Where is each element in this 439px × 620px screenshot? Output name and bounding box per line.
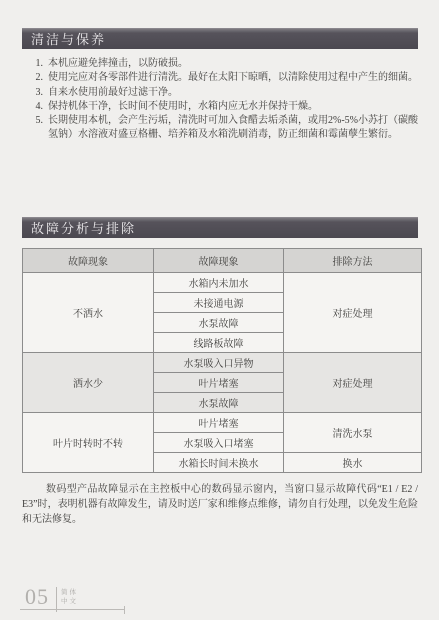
remedy-cell: 对症处理 [284,352,422,412]
list-item-number: 3. [29,86,43,100]
fault-cause-cell: 水泵故障 [154,312,284,332]
column-header-phenomenon: 故障现象 [23,248,154,272]
remedy-cell: 清洗水泵 [284,412,422,452]
cleaning-instructions-list: 1. 本机应避免摔撞击，以防破损。 2. 使用完应对各零部件进行清洗。最好在太阳… [22,57,418,143]
fault-phenomenon-cell: 洒水少 [23,352,154,412]
list-item-text: 本机应避免摔撞击，以防破损。 [48,57,418,71]
fault-cause-cell: 水泵吸入口堵塞 [154,432,284,452]
language-label-bottom: 中文 [61,598,78,605]
table-row: 不洒水 水箱内未加水 对症处理 [23,272,422,292]
language-label-top: 简体 [61,589,78,596]
fault-phenomenon-cell: 不洒水 [23,272,154,352]
fault-cause-cell: 叶片堵塞 [154,372,284,392]
list-item-text: 自来水使用前最好过滤干净。 [48,86,418,100]
fault-cause-cell: 水箱长时间未换水 [154,452,284,472]
fault-code-note: 数码型产品故障显示在主控板中心的数码显示窗内，当窗口显示故障代码“E1 / E2… [22,482,418,527]
list-item: 3. 自来水使用前最好过滤干净。 [29,86,418,100]
list-item: 5. 长期使用本机，会产生污垢，清洗时可加入食醋去垢杀菌，或用2%-5%小苏打（… [29,114,418,143]
fault-cause-cell: 水泵故障 [154,392,284,412]
list-item-number: 5. [29,114,43,143]
column-header-remedy: 排除方法 [284,248,422,272]
footer-rule-tick [124,606,125,614]
language-label: 简体 中文 [61,589,78,606]
footer-rule [20,609,125,610]
fault-table: 故障现象 故障现象 排除方法 不洒水 水箱内未加水 对症处理 未接通电源 水泵故… [22,248,422,473]
fault-cause-cell: 叶片堵塞 [154,412,284,432]
column-header-cause: 故障现象 [154,248,284,272]
section-title-cleaning: 清洁与保养 [22,28,418,49]
list-item: 1. 本机应避免摔撞击，以防破损。 [29,57,418,71]
fault-cause-cell: 水箱内未加水 [154,272,284,292]
fault-cause-cell: 未接通电源 [154,292,284,312]
manual-page: 清洁与保养 1. 本机应避免摔撞击，以防破损。 2. 使用完应对各零部件进行清洗… [0,0,439,620]
list-item-text: 使用完应对各零部件进行清洗。最好在太阳下晾晒，以清除使用过程中产生的细菌。 [48,71,418,85]
remedy-cell: 对症处理 [284,272,422,352]
fault-cause-cell: 线路板故障 [154,332,284,352]
list-item: 2. 使用完应对各零部件进行清洗。最好在太阳下晾晒，以清除使用过程中产生的细菌。 [29,71,418,85]
list-item-text: 长期使用本机，会产生污垢，清洗时可加入食醋去垢杀菌，或用2%-5%小苏打（碳酸氢… [48,114,418,143]
list-item: 4. 保持机体干净，长时间不使用时，水箱内应无水并保持干燥。 [29,100,418,114]
list-item-number: 2. [29,71,43,85]
fault-phenomenon-cell: 叶片时转时不转 [23,412,154,472]
section-title-cleaning-label: 清洁与保养 [31,32,106,47]
list-item-number: 4. [29,100,43,114]
list-item-text: 保持机体干净，长时间不使用时，水箱内应无水并保持干燥。 [48,100,418,114]
section-title-troubleshooting: 故障分析与排除 [22,217,418,238]
remedy-cell: 换水 [284,452,422,472]
fault-cause-cell: 水泵吸入口异物 [154,352,284,372]
table-row: 叶片时转时不转 叶片堵塞 清洗水泵 [23,412,422,432]
table-row: 洒水少 水泵吸入口异物 对症处理 [23,352,422,372]
list-item-number: 1. [29,57,43,71]
page-number: 05 [25,585,49,608]
page-footer: 05 简体 中文 [20,584,132,618]
table-header-row: 故障现象 故障现象 排除方法 [23,248,422,272]
section-title-troubleshooting-label: 故障分析与排除 [31,221,136,236]
